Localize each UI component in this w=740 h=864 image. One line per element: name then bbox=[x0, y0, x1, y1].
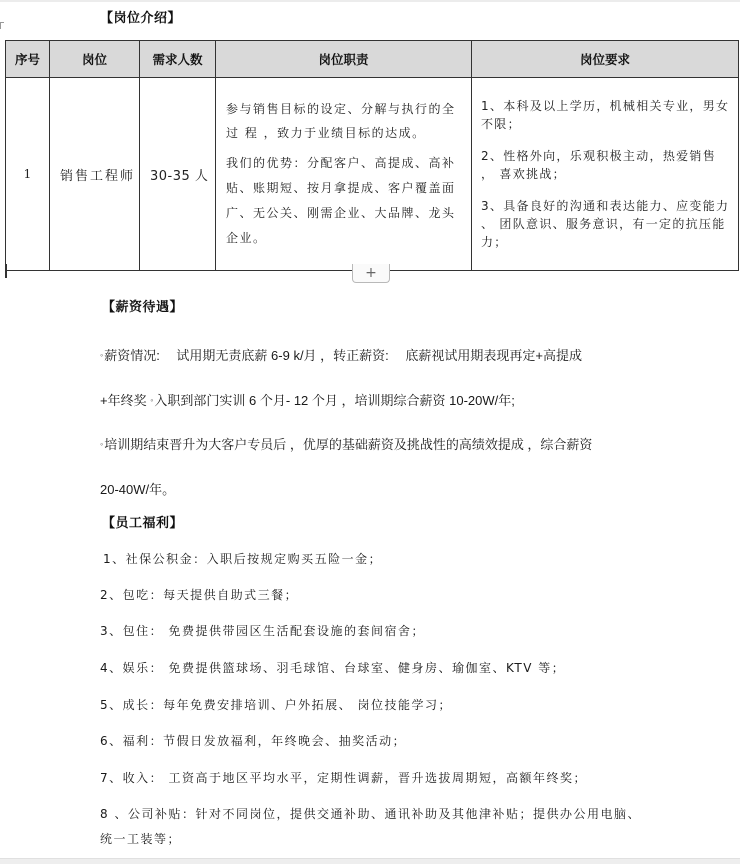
requirement-2: 2、性格外向，乐观积极主动，热爱销售 ， 喜欢挑战； bbox=[481, 147, 732, 183]
benefit-item-continued: 统一工装等； bbox=[100, 830, 181, 847]
salary-line-1: ◦薪资情况: 试用期无责底薪 6-9 k/月 ，转正薪资: 底薪视试用期表现再定… bbox=[100, 345, 582, 364]
benefit-item: 5、成长：每年免费安排培训、户外拓展、 岗位技能学习； bbox=[100, 696, 452, 713]
header-index: 序号 bbox=[6, 41, 50, 78]
bullet-icon: ◦ bbox=[150, 395, 153, 405]
text-cursor bbox=[5, 264, 7, 278]
benefit-item: 1、社保公积金：入职后按规定购买五险一金； bbox=[103, 550, 382, 567]
salary-line-3: ◦培训期结束晋升为大客户专员后 ，优厚的基础薪资及挑战性的高绩效提成 ，综合薪资 bbox=[100, 434, 592, 453]
benefit-item: 6、福利：节假日发放福利，年终晚会、抽奖活动； bbox=[100, 732, 406, 749]
salary-line-2: +年终奖 ◦入职到部门实训 6 个月- 12 个月 ，培训期综合薪资 10-20… bbox=[100, 390, 515, 409]
benefit-item: 4、娱乐： 免费提供篮球场、羽毛球馆、台球室、健身房、瑜伽室、KTV 等； bbox=[100, 659, 565, 676]
bottom-divider bbox=[0, 858, 740, 864]
section-title-benefits: 【员工福利】 bbox=[102, 512, 183, 531]
cell-position[interactable]: 销售工程师 bbox=[50, 78, 140, 271]
header-duties: 岗位职责 bbox=[216, 41, 472, 78]
plus-icon: + bbox=[365, 265, 377, 281]
benefit-item: 3、包住： 免费提供带园区生活配套设施的套间宿舍； bbox=[100, 622, 425, 639]
section-title-job-intro: 【岗位介绍】 bbox=[100, 7, 181, 26]
benefit-item: 7、收入： 工资高于地区平均水平，定期性调薪，晋升选拔周期短，高额年终奖； bbox=[100, 769, 587, 786]
top-divider bbox=[0, 0, 740, 2]
table-move-handle[interactable] bbox=[0, 22, 4, 29]
cell-requirements[interactable]: 1、本科及以上学历，机械相关专业，男女 不限； 2、性格外向，乐观积极主动，热爱… bbox=[472, 78, 739, 271]
cell-headcount[interactable]: 30-35 人 bbox=[140, 78, 216, 271]
duty-text-2: 我们的优势：分配客户、高提成、高补贴、账期短、按月拿提成、客户覆盖面广、无公关、… bbox=[226, 151, 463, 251]
bullet-icon: ◦ bbox=[100, 439, 103, 449]
header-requirements: 岗位要求 bbox=[472, 41, 739, 78]
header-position: 岗位 bbox=[50, 41, 140, 78]
header-headcount: 需求人数 bbox=[140, 41, 216, 78]
requirement-1: 1、本科及以上学历，机械相关专业，男女 不限； bbox=[481, 97, 732, 133]
table-row: 1 销售工程师 30-35 人 参与销售目标的设定、分解与执行的全过 程 ，致力… bbox=[6, 78, 739, 271]
salary-line-4: 20-40W/年。 bbox=[100, 479, 175, 498]
add-row-button[interactable]: + bbox=[352, 264, 390, 283]
cell-duties[interactable]: 参与销售目标的设定、分解与执行的全过 程 ，致力于业绩目标的达成。 我们的优势：… bbox=[216, 78, 472, 271]
duty-text-1: 参与销售目标的设定、分解与执行的全过 程 ，致力于业绩目标的达成。 bbox=[226, 97, 463, 145]
bullet-icon: ◦ bbox=[100, 350, 103, 360]
section-title-salary: 【薪资待遇】 bbox=[102, 296, 183, 315]
table-header-row: 序号 岗位 需求人数 岗位职责 岗位要求 bbox=[6, 41, 739, 78]
benefit-item: 2、包吃：每天提供自助式三餐； bbox=[100, 586, 298, 603]
job-table: 序号 岗位 需求人数 岗位职责 岗位要求 1 销售工程师 30-35 人 参与销… bbox=[5, 40, 739, 271]
benefit-item: 8 、公司补贴：针对不同岗位，提供交通补助、通讯补助及其他津补贴；提供办公用电脑… bbox=[100, 805, 641, 822]
cell-index[interactable]: 1 bbox=[6, 78, 50, 271]
requirement-3: 3、具备良好的沟通和表达能力、应变能力 、 团队意识、服务意识，有一定的抗压能力… bbox=[481, 197, 732, 251]
